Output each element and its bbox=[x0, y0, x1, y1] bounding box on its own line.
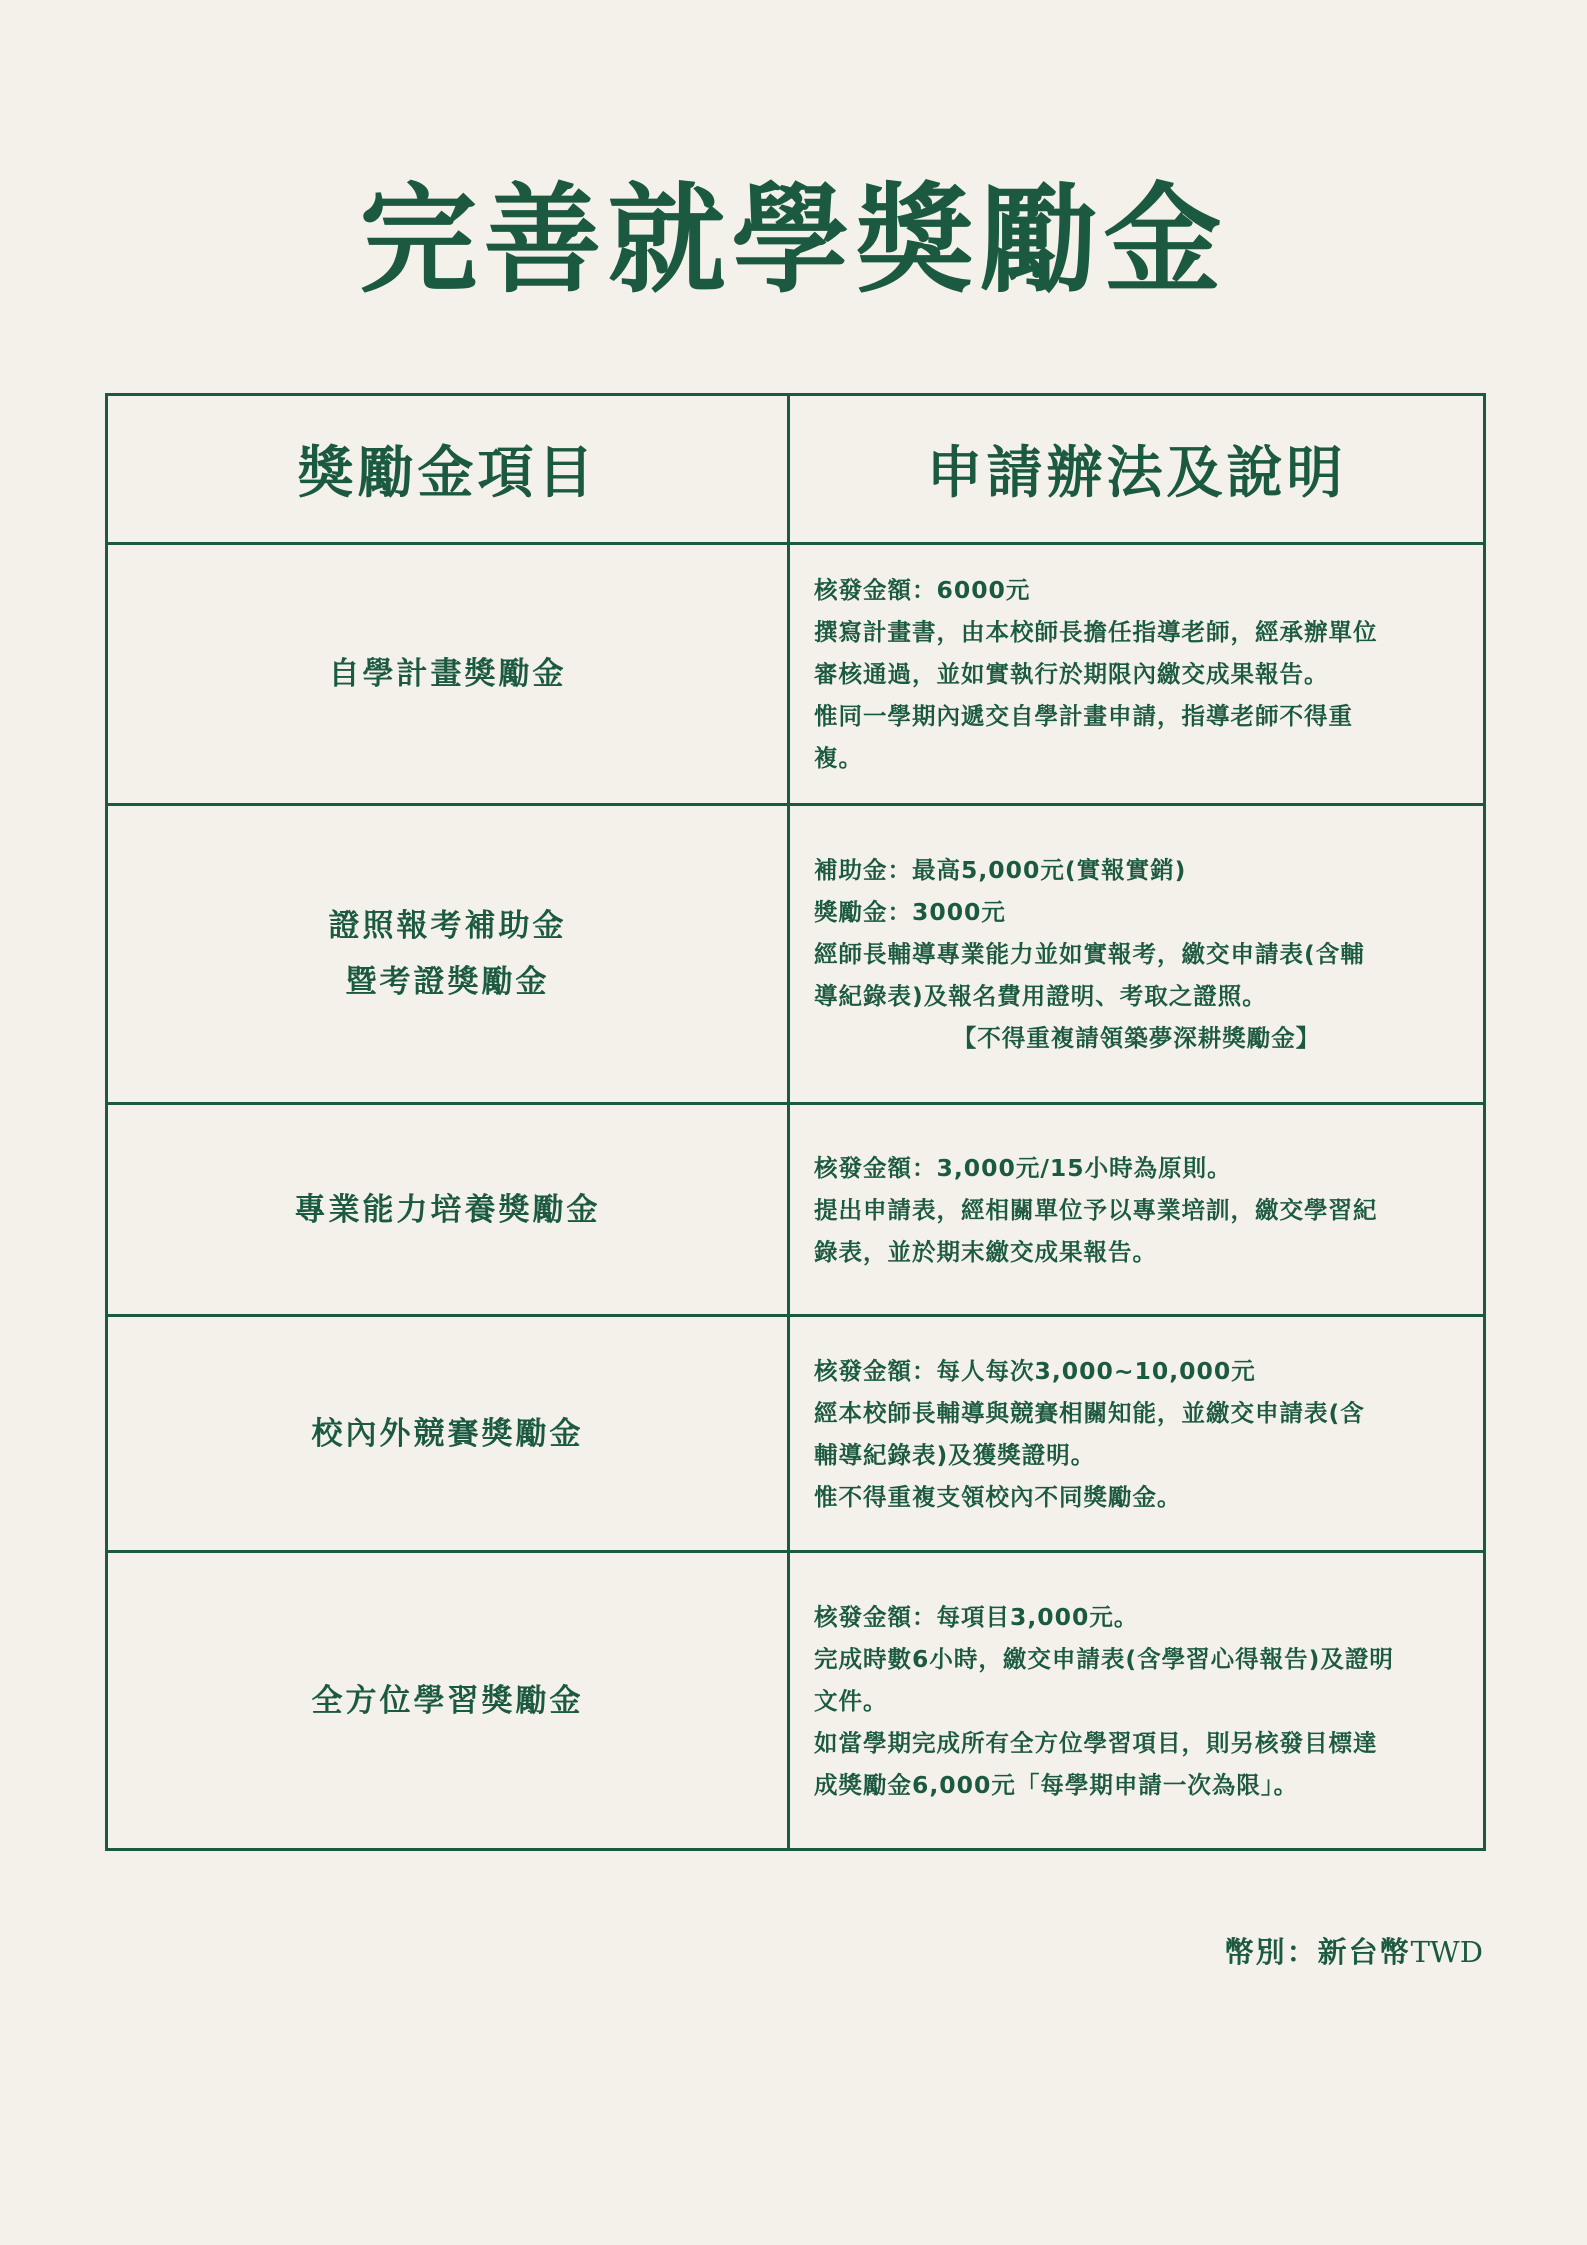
description-line: 成獎勵金6,000元「每學期申請一次為限」。 bbox=[814, 1764, 1459, 1806]
description-line: 導紀錄表)及報名費用證明、考取之證照。 bbox=[814, 975, 1459, 1017]
description-line: 審核通過，並如實執行於期限內繳交成果報告。 bbox=[814, 653, 1459, 695]
table-header-row: 獎勵金項目 申請辦法及說明 bbox=[107, 395, 1485, 544]
description-line: 惟同一學期內遞交自學計畫申請，指導老師不得重 bbox=[814, 695, 1459, 737]
description-line: 核發金額：每人每次3,000~10,000元 bbox=[814, 1350, 1459, 1392]
description-line: 經師長輔導專業能力並如實報考，繳交申請表(含輔 bbox=[814, 933, 1459, 975]
description-line: 文件。 bbox=[814, 1680, 1459, 1722]
scholarship-table: 獎勵金項目 申請辦法及說明 自學計畫獎勵金 核發金額：6000元 撰寫計畫書，由… bbox=[105, 393, 1486, 1851]
scholarship-name: 自學計畫獎勵金 bbox=[107, 544, 789, 805]
scholarship-name: 證照報考補助金 暨考證獎勵金 bbox=[107, 805, 789, 1104]
currency-code: TWD bbox=[1411, 1935, 1483, 1969]
column-header-description: 申請辦法及說明 bbox=[789, 395, 1485, 544]
scholarship-description: 核發金額：每項目3,000元。 完成時數6小時，繳交申請表(含學習心得報告)及證… bbox=[789, 1552, 1485, 1850]
table-row: 證照報考補助金 暨考證獎勵金 補助金：最高5,000元(實報實銷) 獎勵金：30… bbox=[107, 805, 1485, 1104]
scholarship-name: 校內外競賽獎勵金 bbox=[107, 1316, 789, 1552]
description-line: 提出申請表，經相關單位予以專業培訓，繳交學習紀 bbox=[814, 1189, 1459, 1231]
scholarship-description: 補助金：最高5,000元(實報實銷) 獎勵金：3000元 經師長輔導專業能力並如… bbox=[789, 805, 1485, 1104]
scholarship-description: 核發金額：3,000元/15小時為原則。 提出申請表，經相關單位予以專業培訓，繳… bbox=[789, 1104, 1485, 1316]
description-line: 獎勵金：3000元 bbox=[814, 891, 1459, 933]
table-row: 專業能力培養獎勵金 核發金額：3,000元/15小時為原則。 提出申請表，經相關… bbox=[107, 1104, 1485, 1316]
scholarship-name: 專業能力培養獎勵金 bbox=[107, 1104, 789, 1316]
description-line: 完成時數6小時，繳交申請表(含學習心得報告)及證明 bbox=[814, 1638, 1459, 1680]
description-line: 如當學期完成所有全方位學習項目，則另核發目標達 bbox=[814, 1722, 1459, 1764]
description-line: 補助金：最高5,000元(實報實銷) bbox=[814, 849, 1459, 891]
table-row: 自學計畫獎勵金 核發金額：6000元 撰寫計畫書，由本校師長擔任指導老師，經承辦… bbox=[107, 544, 1485, 805]
description-line: 核發金額：3,000元/15小時為原則。 bbox=[814, 1147, 1459, 1189]
table-row: 全方位學習獎勵金 核發金額：每項目3,000元。 完成時數6小時，繳交申請表(含… bbox=[107, 1552, 1485, 1850]
description-note: 【不得重複請領築夢深耕獎勵金】 bbox=[814, 1017, 1459, 1059]
description-line: 撰寫計畫書，由本校師長擔任指導老師，經承辦單位 bbox=[814, 611, 1459, 653]
description-line: 錄表，並於期末繳交成果報告。 bbox=[814, 1231, 1459, 1273]
scholarship-description: 核發金額：每人每次3,000~10,000元 經本校師長輔導與競賽相關知能，並繳… bbox=[789, 1316, 1485, 1552]
column-header-item: 獎勵金項目 bbox=[107, 395, 789, 544]
description-line: 核發金額：每項目3,000元。 bbox=[814, 1596, 1459, 1638]
scholarship-name: 全方位學習獎勵金 bbox=[107, 1552, 789, 1850]
page-title: 完善就學獎勵金 bbox=[0, 170, 1587, 310]
table-row: 校內外競賽獎勵金 核發金額：每人每次3,000~10,000元 經本校師長輔導與… bbox=[107, 1316, 1485, 1552]
description-line: 經本校師長輔導與競賽相關知能，並繳交申請表(含 bbox=[814, 1392, 1459, 1434]
description-line: 複。 bbox=[814, 737, 1459, 779]
currency-label: 幣別：新台幣 bbox=[1225, 1935, 1411, 1969]
scholarship-description: 核發金額：6000元 撰寫計畫書，由本校師長擔任指導老師，經承辦單位 審核通過，… bbox=[789, 544, 1485, 805]
description-line: 輔導紀錄表)及獲獎證明。 bbox=[814, 1434, 1459, 1476]
description-line: 核發金額：6000元 bbox=[814, 569, 1459, 611]
description-line: 惟不得重複支領校內不同獎勵金。 bbox=[814, 1476, 1459, 1518]
currency-note: 幣別：新台幣TWD bbox=[1225, 1930, 1483, 1971]
